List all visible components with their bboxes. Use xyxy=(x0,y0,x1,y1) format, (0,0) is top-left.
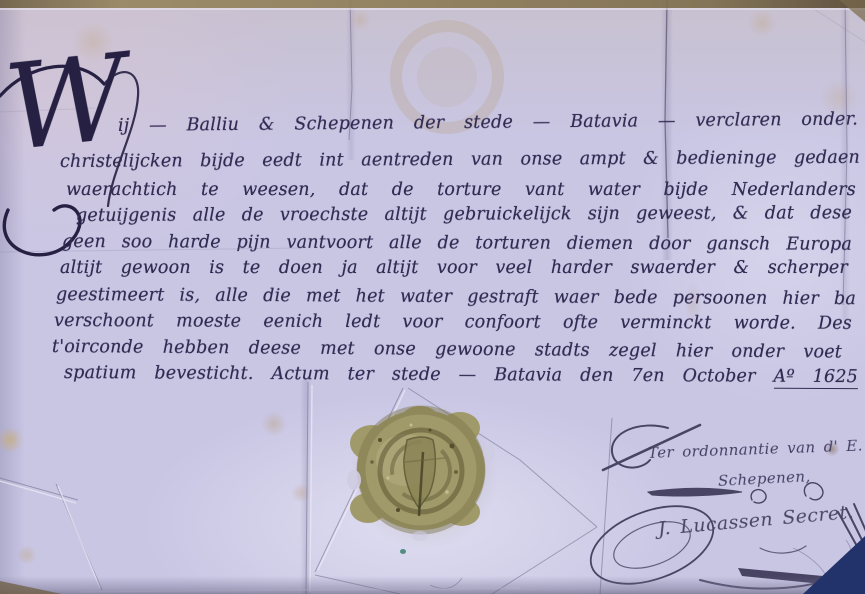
paper-top-edge xyxy=(0,0,865,8)
paper-bottom-edge xyxy=(0,576,865,594)
paper-edge-highlight xyxy=(0,8,865,10)
photograph-of-document: W ij — Balliu & Schepenen der stede — Ba… xyxy=(0,0,865,594)
signature-flourish xyxy=(0,0,865,594)
